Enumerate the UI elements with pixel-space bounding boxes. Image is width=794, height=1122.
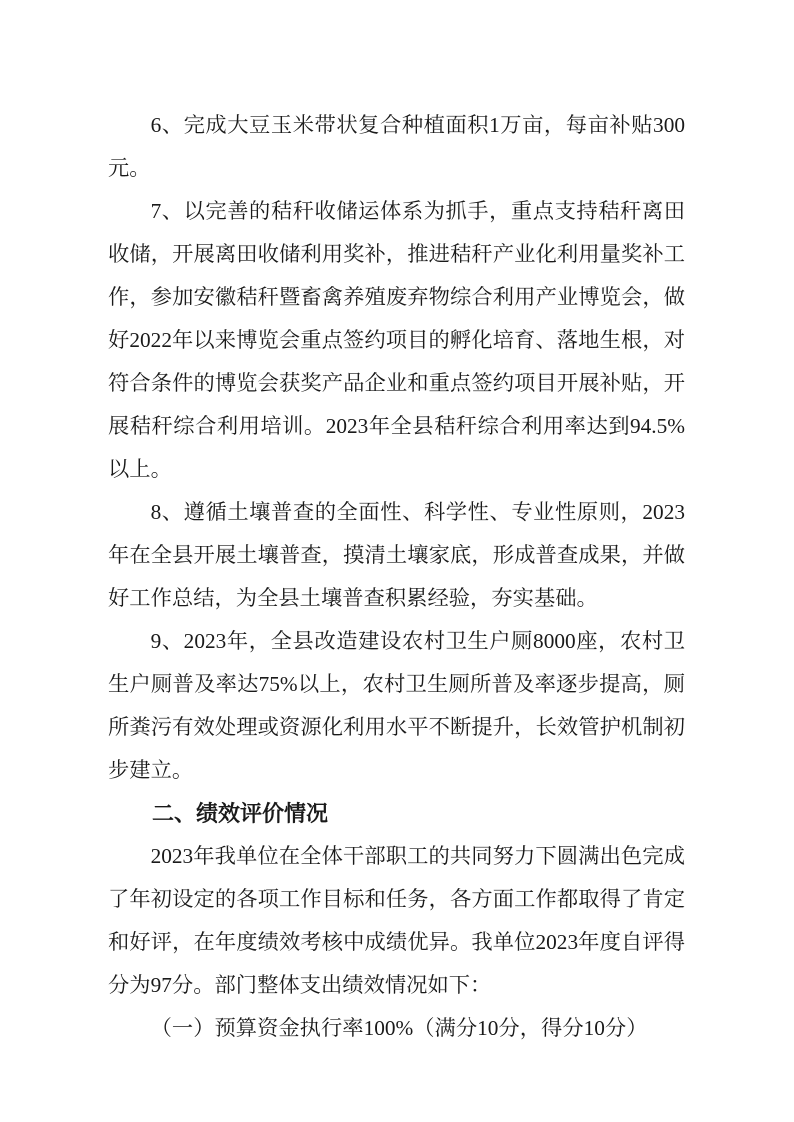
section-heading-performance-evaluation: 二、绩效评价情况 <box>108 792 685 835</box>
document-page: 6、完成大豆玉米带状复合种植面积1万亩，每亩补贴300元。 7、以完善的秸秆收储… <box>0 0 794 1122</box>
paragraph-item-7-straw-utilization: 7、以完善的秸秆收储运体系为抓手，重点支持秸秆离田收储，开展离田收储利用奖补，推… <box>108 190 685 491</box>
paragraph-item-9-rural-toilets: 9、2023年，全县改造建设农村卫生户厕8000座，农村卫生户厕普及率达75%以… <box>108 620 685 792</box>
paragraph-budget-execution-rate: （一）预算资金执行率100%（满分10分，得分10分） <box>108 1007 685 1050</box>
paragraph-item-8-soil-survey: 8、遵循土壤普查的全面性、科学性、专业性原则，2023年在全县开展土壤普查，摸清… <box>108 491 685 620</box>
paragraph-performance-summary: 2023年我单位在全体干部职工的共同努力下圆满出色完成了年初设定的各项工作目标和… <box>108 835 685 1007</box>
paragraph-item-6-soybean-corn-subsidy: 6、完成大豆玉米带状复合种植面积1万亩，每亩补贴300元。 <box>108 104 685 190</box>
